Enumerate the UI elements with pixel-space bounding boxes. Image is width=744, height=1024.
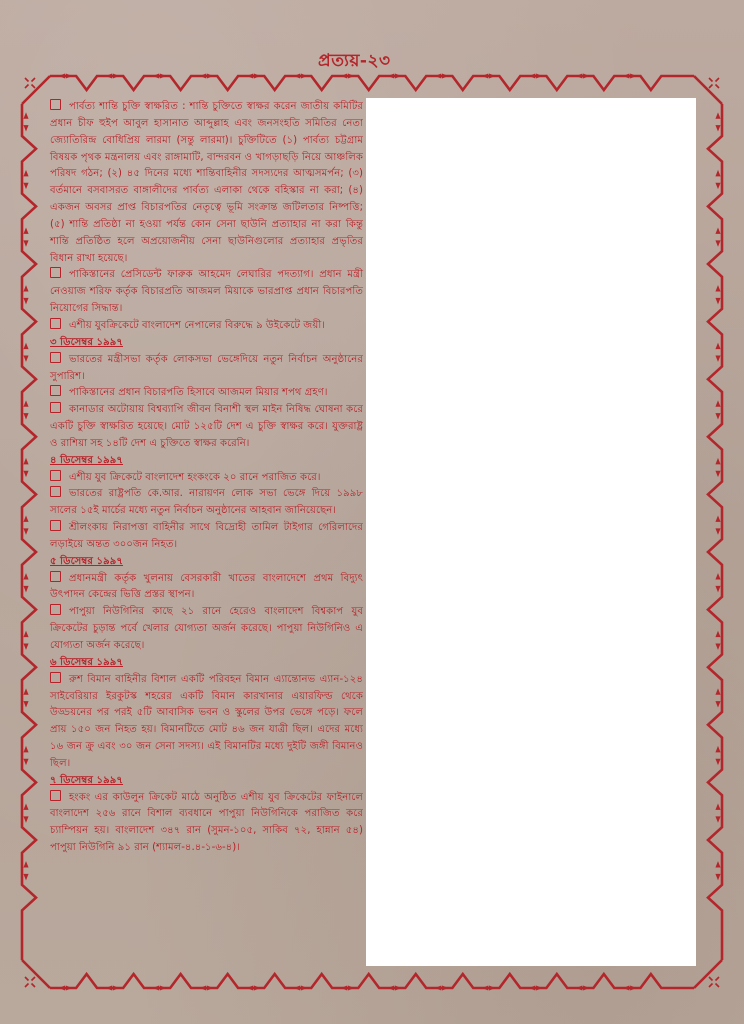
date-heading: ৭ ডিসেম্বর ১৯৯৭	[50, 773, 363, 790]
date-heading: ৫ ডিসেম্বর ১৯৯৭	[50, 554, 363, 571]
square-bullet-icon	[50, 352, 61, 363]
news-item-text: পাকিস্তানের প্রেসিডেন্ট ফারুক আহমেদ লেঘা…	[50, 269, 363, 314]
news-item: ভারতের মন্ত্রীসভা কর্তৃক লোকসভা ভেঙ্গেদি…	[50, 352, 363, 386]
news-item-text: পার্বত্য শান্তি চুক্তি স্বাক্ষরিত : শান্…	[50, 101, 363, 264]
news-item: পার্বত্য শান্তি চুক্তি স্বাক্ষরিত : শান্…	[50, 99, 363, 267]
news-item: পাপুয়া নিউগিনির কাছে ২১ রানে হেরেও বাংল…	[50, 604, 363, 655]
square-bullet-icon	[50, 385, 61, 396]
news-chronology: পার্বত্য শান্তি চুক্তি স্বাক্ষরিত : শান্…	[50, 99, 363, 857]
square-bullet-icon	[50, 470, 61, 481]
news-item: পাকিস্তানের প্রেসিডেন্ট ফারুক আহমেদ লেঘা…	[50, 267, 363, 318]
date-heading: ৪ ডিসেম্বর ১৯৯৭	[50, 453, 363, 470]
square-bullet-icon	[50, 790, 61, 801]
square-bullet-icon	[50, 604, 61, 615]
date-heading-text: ৩ ডিসেম্বর ১৯৯৭	[50, 335, 123, 352]
square-bullet-icon	[50, 571, 61, 582]
news-item-text: এশীয় যুবক্রিকেটে বাংলাদেশ নেপালের বিরুদ…	[69, 320, 325, 331]
square-bullet-icon	[50, 318, 61, 329]
news-item-text: কানাডার অটোয়ায় বিশ্বব্যাপি জীবন বিনাশী…	[50, 404, 363, 449]
date-heading-text: ৭ ডিসেম্বর ১৯৯৭	[50, 773, 123, 790]
news-item: হংকং এর কাউলুন ক্রিকেট মাঠে অনুষ্ঠিত এশী…	[50, 790, 363, 857]
date-heading-text: ৫ ডিসেম্বর ১৯৯৭	[50, 554, 123, 571]
square-bullet-icon	[50, 520, 61, 531]
news-item-text: পাকিস্তানের প্রধান বিচারপতি হিসাবে আজমল …	[69, 387, 328, 398]
news-item-text: পাপুয়া নিউগিনির কাছে ২১ রানে হেরেও বাংল…	[50, 606, 363, 651]
news-item: ভারতের রাষ্ট্রপতি কে.আর. নারায়ণন লোক সভ…	[50, 486, 363, 520]
news-item-text: এশীয় যুব ক্রিকেটে বাংলাদেশ হংকংকে ২০ রা…	[69, 472, 321, 483]
square-bullet-icon	[50, 486, 61, 497]
date-heading: ৩ ডিসেম্বর ১৯৯৭	[50, 335, 363, 352]
news-item: পাকিস্তানের প্রধান বিচারপতি হিসাবে আজমল …	[50, 385, 363, 402]
news-item: শ্রীলংকায় নিরাপত্তা বাহিনীর সাথে বিদ্রো…	[50, 520, 363, 554]
news-item-text: হংকং এর কাউলুন ক্রিকেট মাঠে অনুষ্ঠিত এশী…	[50, 792, 363, 854]
news-item-text: ভারতের মন্ত্রীসভা কর্তৃক লোকসভা ভেঙ্গেদি…	[50, 354, 363, 382]
news-item: এশীয় যুব ক্রিকেটে বাংলাদেশ হংকংকে ২০ রা…	[50, 470, 363, 487]
date-heading-text: ৪ ডিসেম্বর ১৯৯৭	[50, 453, 123, 470]
square-bullet-icon	[50, 267, 61, 278]
blank-panel	[366, 98, 696, 966]
date-heading-text: ৬ ডিসেম্বর ১৯৯৭	[50, 655, 123, 672]
square-bullet-icon	[50, 402, 61, 413]
news-item: রুশ বিমান বাহিনীর বিশাল একটি পরিবহন বিমা…	[50, 672, 363, 773]
square-bullet-icon	[50, 672, 61, 683]
news-item-text: রুশ বিমান বাহিনীর বিশাল একটি পরিবহন বিমা…	[50, 674, 363, 769]
news-item: এশীয় যুবক্রিকেটে বাংলাদেশ নেপালের বিরুদ…	[50, 318, 363, 335]
square-bullet-icon	[50, 99, 61, 110]
date-heading: ৬ ডিসেম্বর ১৯৯৭	[50, 655, 363, 672]
page-heading: প্রত্যয়-২৩	[318, 48, 438, 76]
news-item-text: প্রধানমন্ত্রী কর্তৃক খুলনায় বেসরকারী খা…	[50, 573, 363, 601]
news-item: কানাডার অটোয়ায় বিশ্বব্যাপি জীবন বিনাশী…	[50, 402, 363, 453]
news-item-text: শ্রীলংকায় নিরাপত্তা বাহিনীর সাথে বিদ্রো…	[50, 522, 363, 550]
news-item-text: ভারতের রাষ্ট্রপতি কে.আর. নারায়ণন লোক সভ…	[50, 488, 363, 516]
news-item: প্রধানমন্ত্রী কর্তৃক খুলনায় বেসরকারী খা…	[50, 571, 363, 605]
